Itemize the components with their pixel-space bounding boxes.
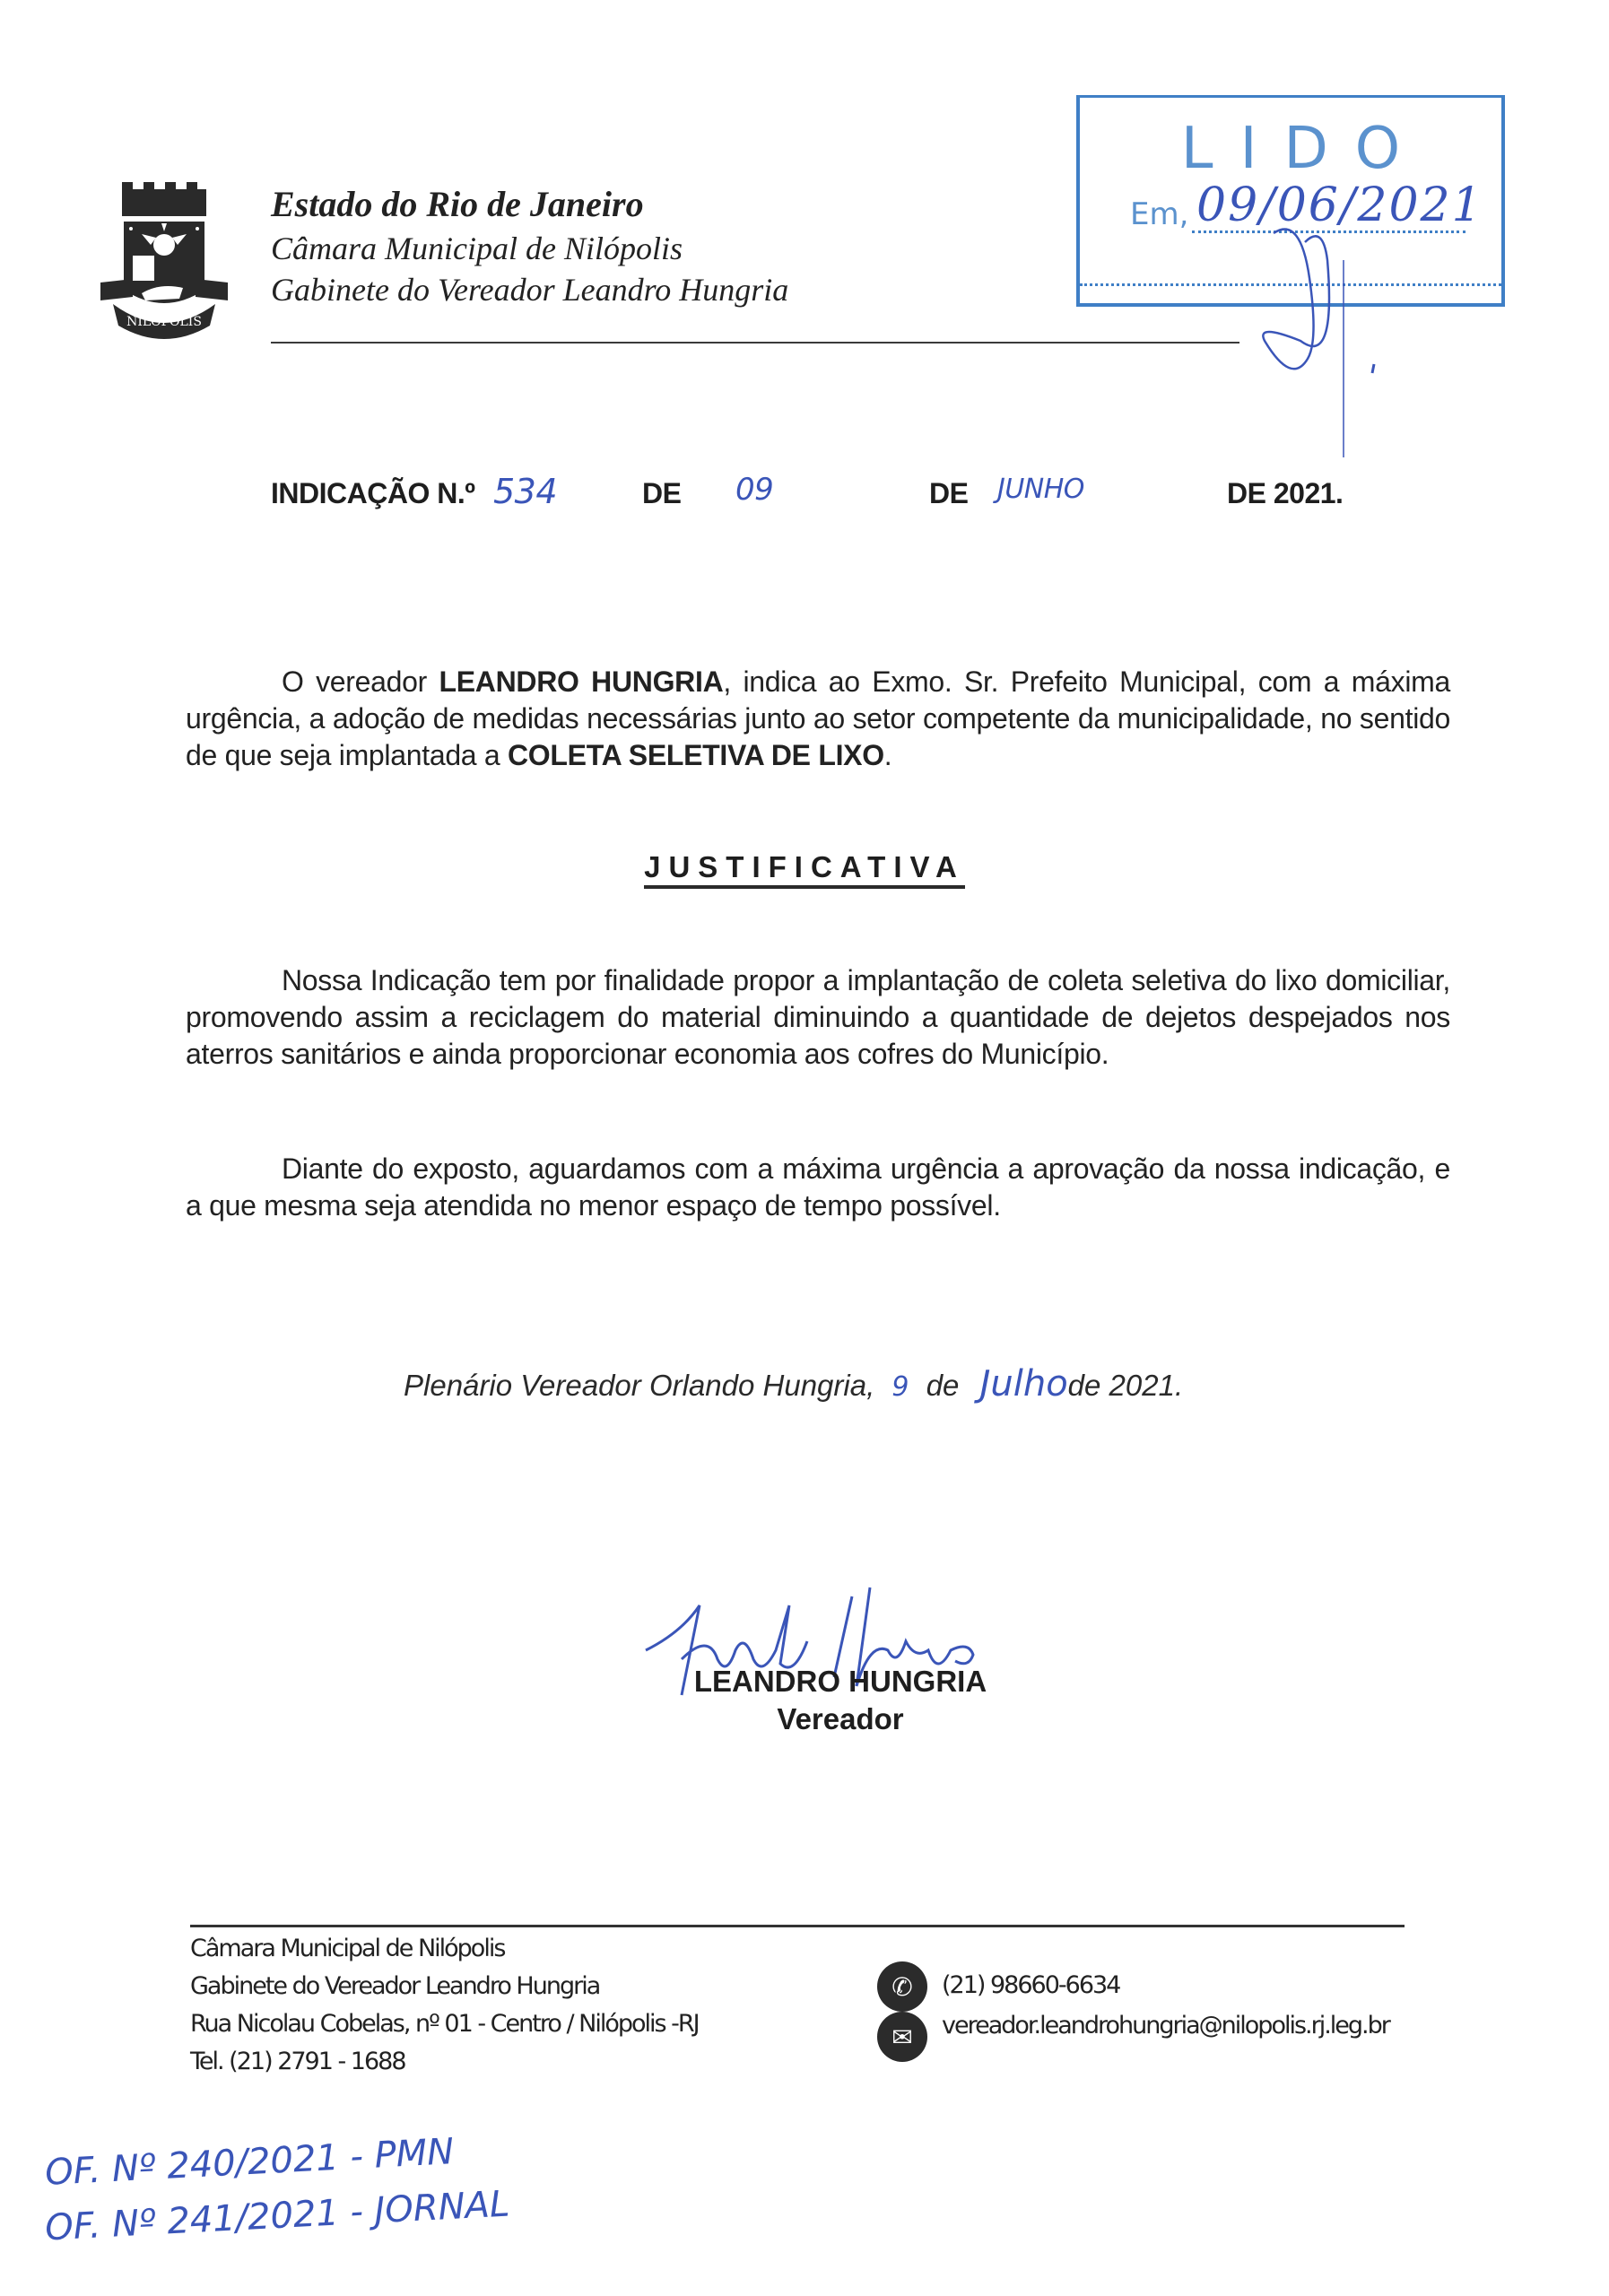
footer-address: Rua Nicolau Cobelas, nº 01 - Centro / Ni… xyxy=(190,2010,699,2038)
closing-date-line: Plenário Vereador Orlando Hungria, 9 de … xyxy=(404,1363,1183,1405)
rubric-signature xyxy=(1238,206,1399,475)
handwritten-note-2: OF. Nº 241/2021 - JORNAL xyxy=(44,2183,510,2248)
stamp-prefix: Em, xyxy=(1130,196,1188,232)
header-divider xyxy=(271,342,1239,344)
letterhead-state: Estado do Rio de Janeiro xyxy=(271,183,644,225)
footer-office: Gabinete do Vereador Leandro Hungria xyxy=(190,1972,599,2000)
whatsapp-icon: ✆ xyxy=(877,1961,927,2012)
stamp-title: LIDO xyxy=(1080,116,1501,182)
indication-label: INDICAÇÃO N.º xyxy=(271,477,474,510)
signatory-name: LEANDRO HUNGRIA xyxy=(0,1665,1609,1699)
coat-of-arms-logo: NILÓPOLIS xyxy=(97,182,231,339)
footer-chamber: Câmara Municipal de Nilópolis xyxy=(190,1935,504,1962)
justification-paragraph-1: Nossa Indicação tem por finalidade propo… xyxy=(186,962,1450,1073)
envelope-icon: ✉ xyxy=(877,2012,927,2062)
closing-day: 9 xyxy=(891,1371,909,1403)
intro-paragraph: O vereador LEANDRO HUNGRIA, indica ao Ex… xyxy=(186,664,1450,774)
signatory-role: Vereador xyxy=(0,1702,1609,1736)
indication-de-1: DE xyxy=(642,477,681,510)
indication-year: DE 2021. xyxy=(1227,477,1343,510)
letterhead-office: Gabinete do Vereador Leandro Hungria xyxy=(271,271,788,309)
footer-email[interactable]: vereador.leandrohungria@nilopolis.rj.leg… xyxy=(942,2012,1389,2039)
justification-title: JUSTIFICATIVA xyxy=(0,850,1609,884)
justification-paragraph-2: Diante do exposto, aguardamos com a máxi… xyxy=(186,1151,1450,1224)
footer-divider xyxy=(190,1925,1405,1927)
letterhead-chamber: Câmara Municipal de Nilópolis xyxy=(271,230,683,267)
handwritten-note-1: OF. Nº 240/2021 - PMN xyxy=(44,2131,455,2194)
councilor-name: LEANDRO HUNGRIA xyxy=(439,665,724,698)
footer-telephone: Tel. (21) 2791 - 1688 xyxy=(190,2048,405,2075)
closing-month: Julho xyxy=(980,1363,1068,1405)
svg-text:NILÓPOLIS: NILÓPOLIS xyxy=(126,313,202,329)
indication-number: 534 xyxy=(493,472,557,511)
subject: COLETA SELETIVA DE LIXO xyxy=(508,739,884,771)
indication-month: JUNHO xyxy=(997,474,1084,505)
indication-de-2: DE xyxy=(929,477,968,510)
footer-whatsapp-number[interactable]: (21) 98660-6634 xyxy=(942,1971,1119,1999)
indication-day: 09 xyxy=(735,472,773,508)
